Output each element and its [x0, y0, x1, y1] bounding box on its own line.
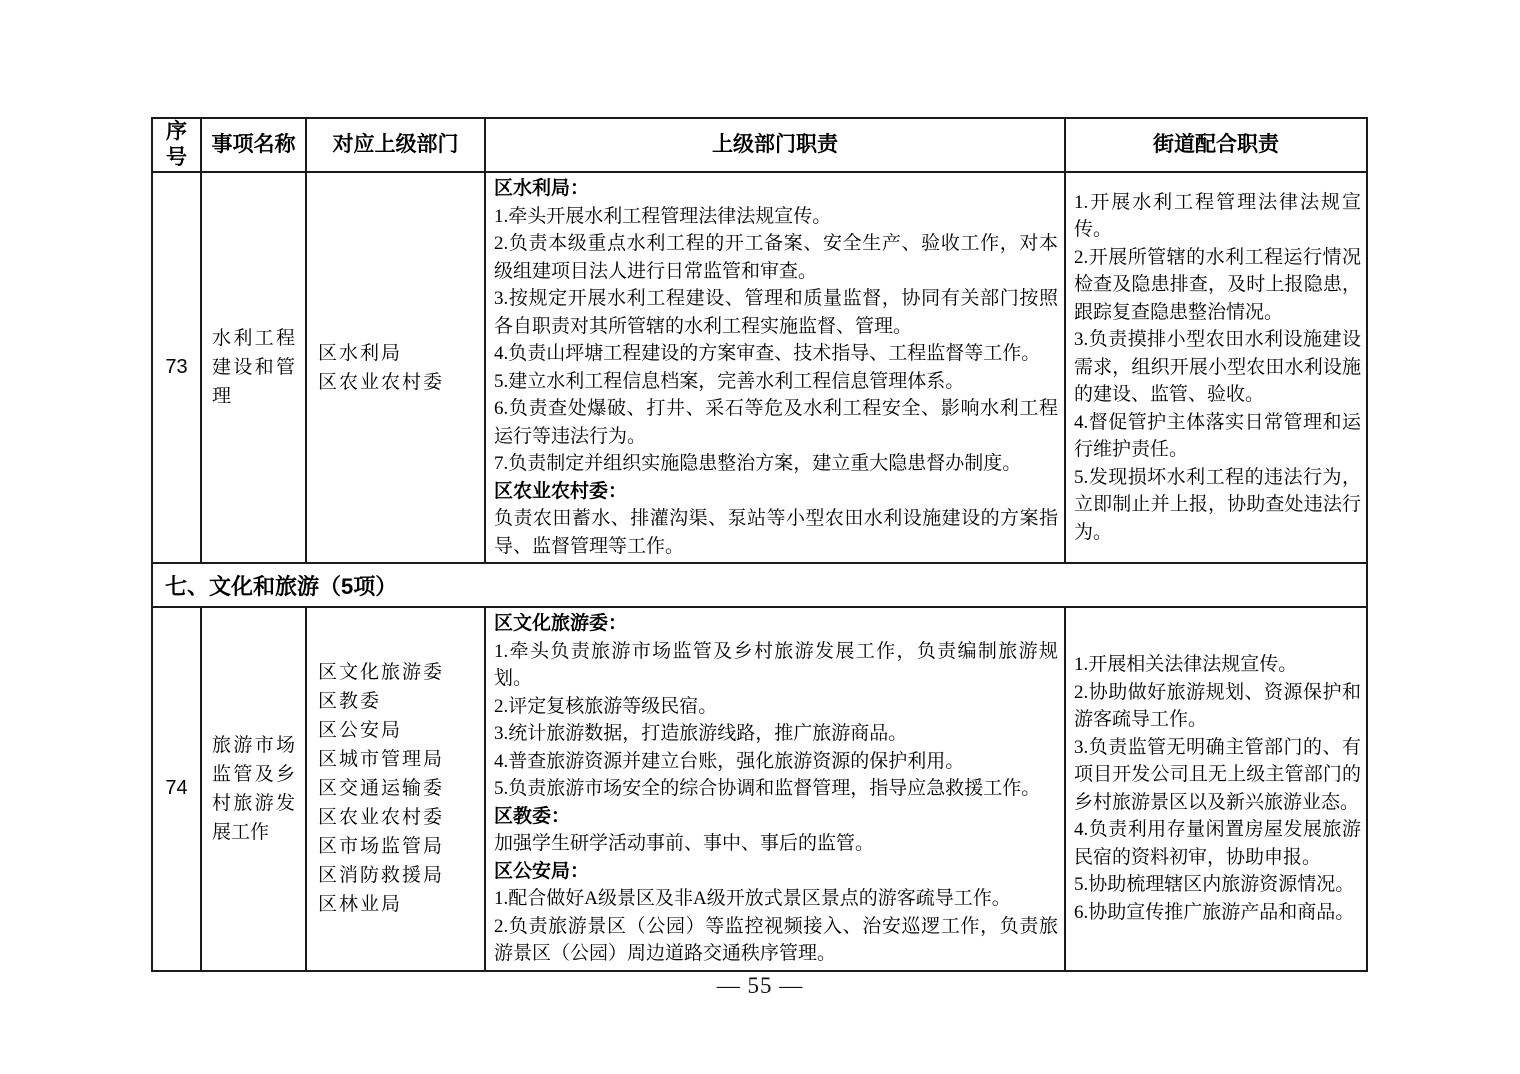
- departments-cell: 区文化旅游委区教委区公安局区城市管理局区交通运输委区农业农村委区市场监管局区消防…: [306, 607, 485, 971]
- table-row: 七、文化和旅游（5项）: [152, 563, 1367, 607]
- street-duty-paragraph: 4.督促管护主体落实日常管理和运行维护责任。: [1074, 409, 1361, 464]
- department-line: 区交通运输委: [318, 774, 478, 803]
- duty-department-header: 区教委：: [494, 803, 1058, 831]
- departments-cell: 区水利局区农业农村委: [306, 172, 485, 563]
- department-line: 区水利局: [318, 339, 478, 368]
- duties-table: 序号 事项名称 对应上级部门 上级部门职责 街道配合职责 73水利工程建设和管理…: [151, 117, 1368, 972]
- street-duty-paragraph: 3.负责监管无明确主管部门的、有项目开发公司且无上级主管部门的乡村旅游景区以及新…: [1074, 734, 1361, 817]
- duty-paragraph: 1.牵头负责旅游市场监管及乡村旅游发展工作，负责编制旅游规划。: [494, 638, 1058, 693]
- page-number: — 55 —: [0, 973, 1520, 999]
- duty-paragraph: 4.负责山坪塘工程建设的方案审查、技术指导、工程监督等工作。: [494, 340, 1058, 368]
- column-header-item-name: 事项名称: [201, 118, 306, 172]
- table-row: 73水利工程建设和管理区水利局区农业农村委区水利局：1.牵头开展水利工程管理法律…: [152, 172, 1367, 563]
- duty-paragraph: 3.按规定开展水利工程建设、管理和质量监督，协同有关部门按照各自职责对其所管辖的…: [494, 285, 1058, 340]
- street-duty-paragraph: 2.协助做好旅游规划、资源保护和游客疏导工作。: [1074, 679, 1361, 734]
- duty-paragraph: 2.负责旅游景区（公园）等监控视频接入、治安巡逻工作，负责旅游景区（公园）周边道…: [494, 913, 1058, 968]
- department-line: 区市场监管局: [318, 832, 478, 861]
- item-name-cell: 水利工程建设和管理: [201, 172, 306, 563]
- duty-paragraph: 负责农田蓄水、排灌沟渠、泵站等小型农田水利设施建设的方案指导、监督管理等工作。: [494, 505, 1058, 560]
- street-duty-paragraph: 6.协助宣传推广旅游产品和商品。: [1074, 899, 1361, 927]
- duty-paragraph: 6.负责查处爆破、打井、采石等危及水利工程安全、影响水利工程运行等违法行为。: [494, 395, 1058, 450]
- street-duty-paragraph: 5.协助梳理辖区内旅游资源情况。: [1074, 871, 1361, 899]
- duty-paragraph: 5.建立水利工程信息档案，完善水利工程信息管理体系。: [494, 368, 1058, 396]
- duty-paragraph: 2.负责本级重点水利工程的开工备案、安全生产、验收工作，对本级组建项目法人进行日…: [494, 230, 1058, 285]
- serial-cell: 73: [152, 172, 201, 563]
- serial-cell: 74: [152, 607, 201, 971]
- department-line: 区城市管理局: [318, 745, 478, 774]
- section-header: 七、文化和旅游（5项）: [152, 563, 1367, 607]
- duty-paragraph: 3.统计旅游数据，打造旅游线路，推广旅游商品。: [494, 720, 1058, 748]
- duty-department-header: 区公安局：: [494, 858, 1058, 886]
- document-page: 序号 事项名称 对应上级部门 上级部门职责 街道配合职责 73水利工程建设和管理…: [0, 0, 1520, 1074]
- duty-paragraph: 1.牵头开展水利工程管理法律法规宣传。: [494, 203, 1058, 231]
- duty-department-header: 区农业农村委：: [494, 478, 1058, 506]
- superior-duties-cell: 区文化旅游委：1.牵头负责旅游市场监管及乡村旅游发展工作，负责编制旅游规划。2.…: [485, 607, 1065, 971]
- street-duty-paragraph: 1.开展水利工程管理法律法规宣传。: [1074, 189, 1361, 244]
- table-header-row: 序号 事项名称 对应上级部门 上级部门职责 街道配合职责: [152, 118, 1367, 172]
- street-duties-cell: 1.开展水利工程管理法律法规宣传。2.开展所管辖的水利工程运行情况检查及隐患排查…: [1065, 172, 1367, 563]
- duty-paragraph: 加强学生研学活动事前、事中、事后的监管。: [494, 830, 1058, 858]
- duty-paragraph: 5.负责旅游市场安全的综合协调和监督管理，指导应急救援工作。: [494, 775, 1058, 803]
- column-header-serial: 序号: [152, 118, 201, 172]
- duty-paragraph: 2.评定复核旅游等级民宿。: [494, 693, 1058, 721]
- department-line: 区林业局: [318, 890, 478, 919]
- department-line: 区消防救援局: [318, 861, 478, 890]
- street-duty-paragraph: 1.开展相关法律法规宣传。: [1074, 651, 1361, 679]
- department-line: 区教委: [318, 687, 478, 716]
- department-line: 区公安局: [318, 716, 478, 745]
- column-header-superior-duties: 上级部门职责: [485, 118, 1065, 172]
- duty-paragraph: 4.普查旅游资源并建立台账，强化旅游资源的保护利用。: [494, 748, 1058, 776]
- street-duty-paragraph: 3.负责摸排小型农田水利设施建设需求，组织开展小型农田水利设施的建设、监管、验收…: [1074, 326, 1361, 409]
- duty-department-header: 区文化旅游委：: [494, 610, 1058, 638]
- table-row: 74旅游市场监管及乡村旅游发展工作区文化旅游委区教委区公安局区城市管理局区交通运…: [152, 607, 1367, 971]
- street-duty-paragraph: 5.发现损坏水利工程的违法行为，立即制止并上报，协助查处违法行为。: [1074, 464, 1361, 547]
- item-name-cell: 旅游市场监管及乡村旅游发展工作: [201, 607, 306, 971]
- street-duties-cell: 1.开展相关法律法规宣传。2.协助做好旅游规划、资源保护和游客疏导工作。3.负责…: [1065, 607, 1367, 971]
- column-header-departments: 对应上级部门: [306, 118, 485, 172]
- department-line: 区文化旅游委: [318, 658, 478, 687]
- street-duty-paragraph: 2.开展所管辖的水利工程运行情况检查及隐患排查，及时上报隐患，跟踪复查隐患整治情…: [1074, 244, 1361, 327]
- duty-paragraph: 7.负责制定并组织实施隐患整治方案，建立重大隐患督办制度。: [494, 450, 1058, 478]
- department-line: 区农业农村委: [318, 368, 478, 397]
- superior-duties-cell: 区水利局：1.牵头开展水利工程管理法律法规宣传。2.负责本级重点水利工程的开工备…: [485, 172, 1065, 563]
- street-duty-paragraph: 4.负责利用存量闲置房屋发展旅游民宿的资料初审，协助申报。: [1074, 816, 1361, 871]
- department-line: 区农业农村委: [318, 803, 478, 832]
- column-header-street-duties: 街道配合职责: [1065, 118, 1367, 172]
- duty-paragraph: 1.配合做好A级景区及非A级开放式景区景点的游客疏导工作。: [494, 885, 1058, 913]
- duty-department-header: 区水利局：: [494, 175, 1058, 203]
- table-body: 73水利工程建设和管理区水利局区农业农村委区水利局：1.牵头开展水利工程管理法律…: [152, 172, 1367, 971]
